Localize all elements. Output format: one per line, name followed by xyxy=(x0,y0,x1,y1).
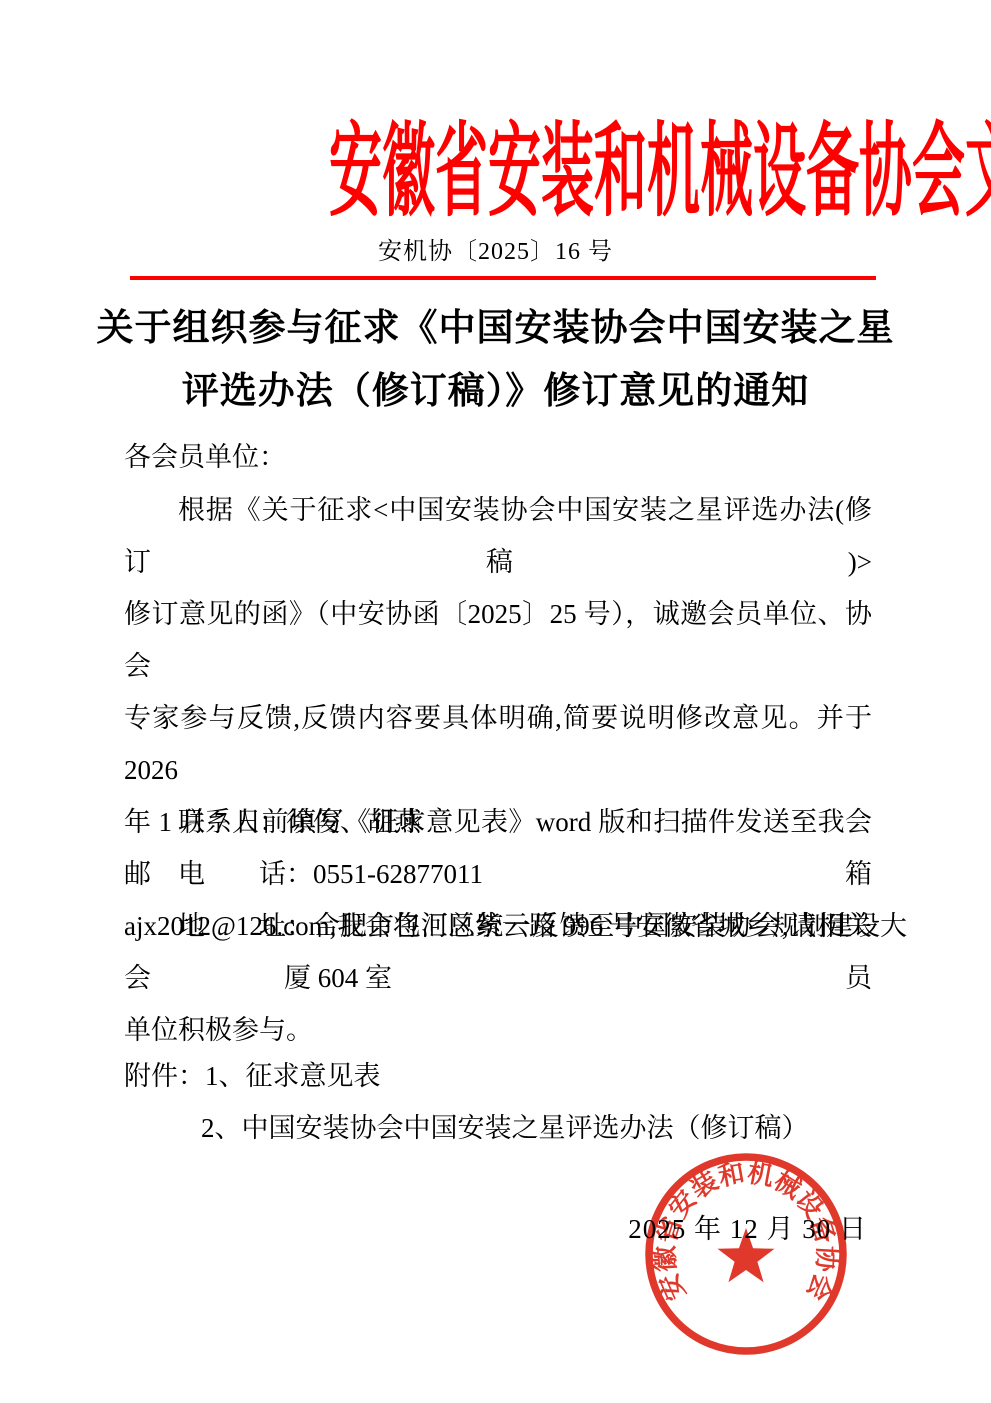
attachment-line1: 附件：1、征求意见表 xyxy=(124,1050,872,1102)
paragraph-line: 单位积极参与。 xyxy=(124,1004,872,1056)
red-header-banner: 安徽省安装和机械设备协会文件 xyxy=(0,112,991,234)
attachments-label: 附件： xyxy=(124,1061,205,1091)
attachments-block: 附件：1、征求意见表 2、中国安装协会中国安装之星评选办法（修订稿） xyxy=(124,1050,872,1154)
official-seal: 安徽省安装和机械设备协会 xyxy=(636,1144,856,1364)
contact-person-label: 联系人： xyxy=(178,807,286,837)
document-title-line1: 关于组织参与征求《中国安装协会中国安装之星 xyxy=(0,297,991,360)
paragraph-line: 修订意见的函》（中安协函〔2025〕25 号），诚邀会员单位、协会 xyxy=(124,588,872,692)
contact-address-value-line2: 厦 604 室 xyxy=(284,952,872,1004)
contact-address-line: 地 址：合肥市包河区紫云路 996 号安徽省城乡规划建设大 xyxy=(178,900,872,952)
contact-phone-value: 0551-62877011 xyxy=(313,859,483,889)
header-title: 安徽省安装和机械设备协会文件 xyxy=(329,111,991,235)
seal-star-icon xyxy=(718,1228,775,1282)
attachment-item1: 1、征求意见表 xyxy=(205,1061,381,1091)
paragraph-line: 专家参与反馈,反馈内容要具体明确,简要说明修改意见。并于 2026 xyxy=(124,692,872,796)
contact-phone-label: 电 话： xyxy=(178,859,313,889)
doc-number: 安机协〔2025〕16 号 xyxy=(0,236,991,268)
contact-address-value-line1: 合肥市包河区紫云路 996 号安徽省城乡规划建设大 xyxy=(313,911,907,941)
red-divider-line xyxy=(130,276,876,280)
contact-person-value: 徐俊、胡燕 xyxy=(286,807,421,837)
contact-person-line: 联系人：徐俊、胡燕 xyxy=(178,796,872,848)
document-title-line2: 评选办法（修订稿）》修订意见的通知 xyxy=(0,360,991,423)
contact-address-label: 地 址： xyxy=(178,911,313,941)
contact-block: 联系人：徐俊、胡燕 电 话：0551-62877011 地 址：合肥市包河区紫云… xyxy=(124,796,872,1004)
contact-phone-line: 电 话：0551-62877011 xyxy=(178,848,872,900)
paragraph-line: 根据《关于征求<中国安装协会中国安装之星评选办法(修订稿)> xyxy=(124,484,872,588)
document-title: 关于组织参与征求《中国安装协会中国安装之星 评选办法（修订稿）》修订意见的通知 xyxy=(0,297,991,423)
document-page: 安徽省安装和机械设备协会文件 安机协〔2025〕16 号 关于组织参与征求《中国… xyxy=(0,0,991,1403)
salutation: 各会员单位： xyxy=(124,431,872,483)
